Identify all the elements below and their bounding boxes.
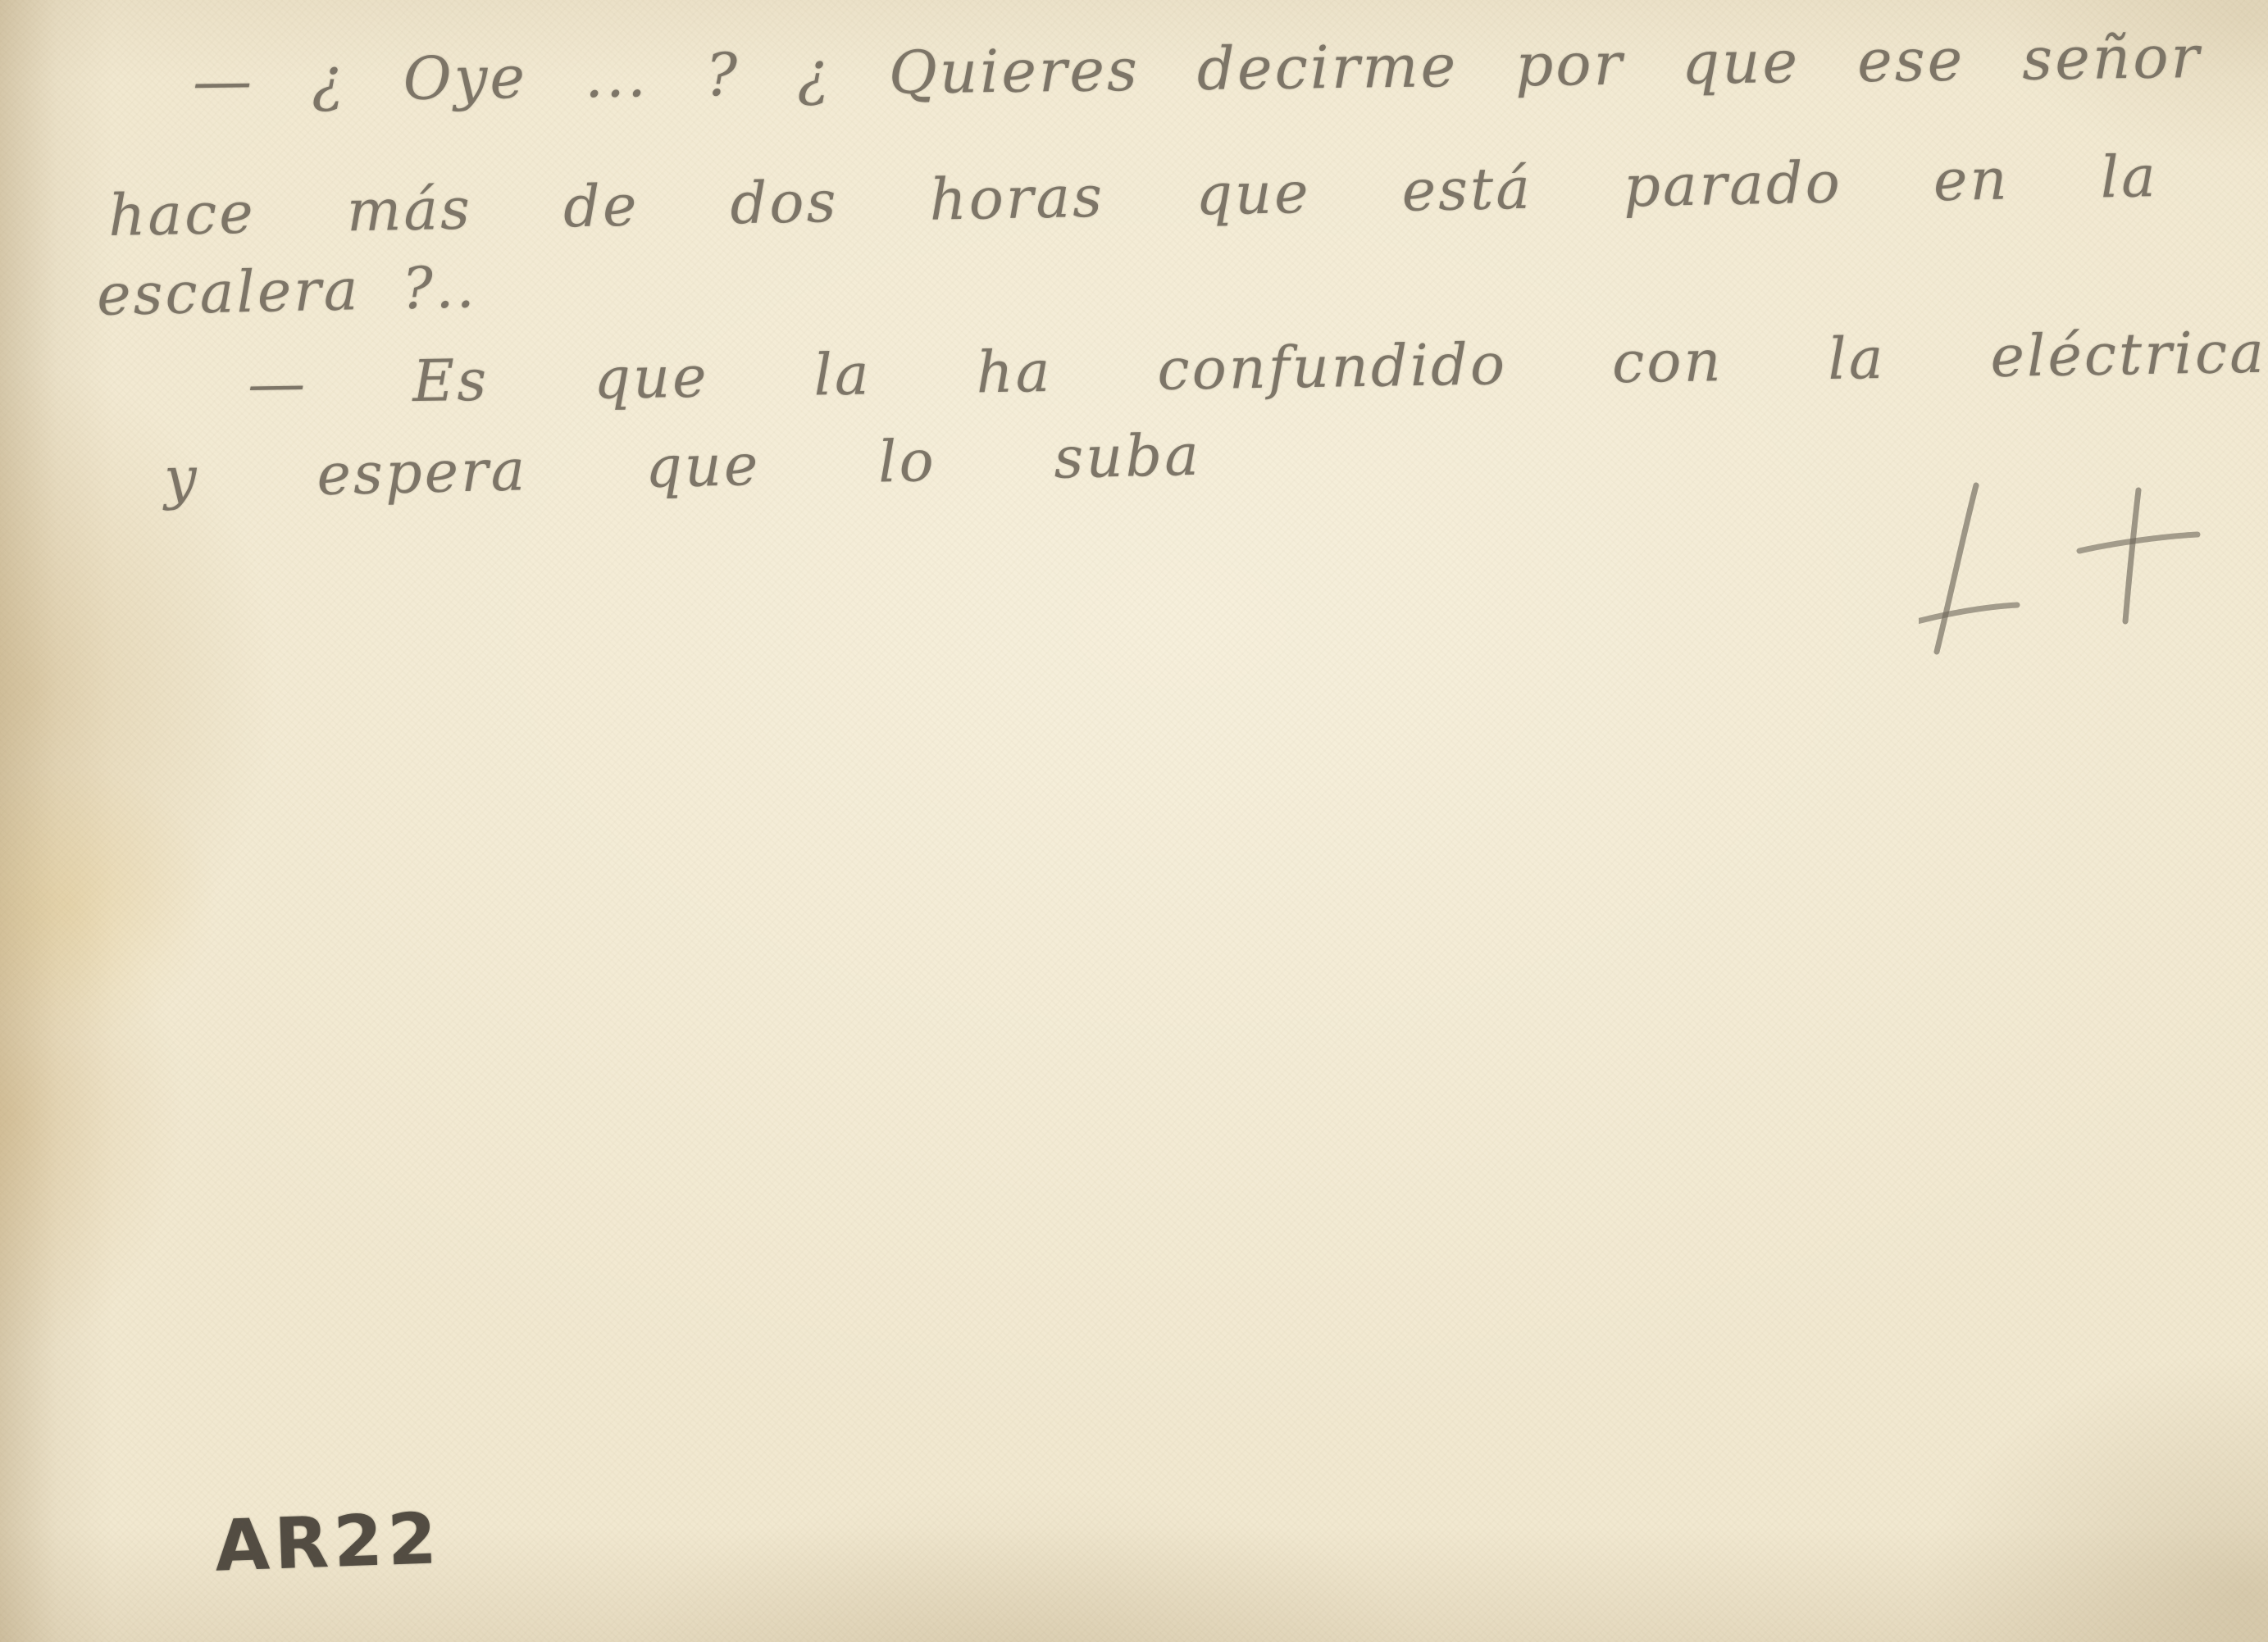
photo-back-paper: — ¿ Oye ... ? ¿ Quieres decirme por que … xyxy=(0,0,2268,1642)
pencil-cross-marks-icon xyxy=(1919,475,2206,680)
handwritten-line-1: — ¿ Oye ... ? ¿ Quieres decirme por que … xyxy=(193,22,2202,116)
catalog-mark: AR22 xyxy=(213,1498,443,1588)
handwritten-line-2: hace más de dos horas que está parado en… xyxy=(107,143,2158,249)
handwritten-line-4: — Es que la ha confundido con la eléctri… xyxy=(248,319,2267,418)
handwritten-line-3: escalera ?.. xyxy=(96,250,639,329)
handwritten-line-5: y espera que lo suba xyxy=(163,421,1202,512)
